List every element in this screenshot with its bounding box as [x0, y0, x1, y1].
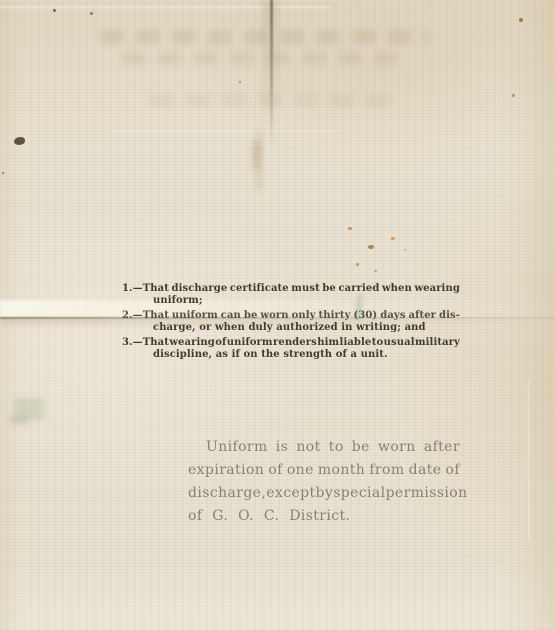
fold-crease-vertical: [270, 0, 273, 150]
stamp-notice: Uniformisnottobewornafter expirationofon…: [188, 436, 460, 528]
bleedthrough-ghost-text: [100, 30, 430, 44]
regulation-line-3: 3.—Thatwearingofuniformrendershimliablet…: [122, 337, 460, 349]
stain-spot: [2, 172, 4, 174]
stain-spot: [53, 9, 56, 12]
stain-spot: [239, 81, 241, 83]
rust-stain: [368, 245, 374, 249]
regulation-line-1: 1.—Thatdischargecertificatemustbecarried…: [122, 283, 460, 295]
rust-stain: [356, 263, 359, 266]
rust-stain: [348, 227, 352, 230]
regulation-line-2-cont: charge, or when duly authorized in writi…: [122, 322, 460, 334]
stain-spot: [90, 12, 93, 15]
stain-spot: [512, 94, 515, 97]
stamp-line-4: of G. O. C. District.: [188, 505, 460, 528]
brown-smudge: [252, 142, 260, 168]
fabric-thread-line: [528, 380, 529, 540]
regulation-line-3-cont: discipline, as if on the strength of a u…: [122, 349, 460, 361]
regulation-line-1-cont: uniform;: [122, 295, 460, 307]
bleedthrough-ghost-text: [150, 94, 390, 106]
stamp-line-1: Uniformisnottobewornafter: [188, 436, 460, 459]
fabric-thread-line: [110, 131, 340, 132]
bleedthrough-ghost-text: [122, 52, 408, 65]
document-scan: 1.—Thatdischargecertificatemustbecarried…: [0, 0, 555, 630]
uniform-regulations-list: 1.—Thatdischargecertificatemustbecarried…: [122, 283, 460, 361]
stamp-line-3: discharge,exceptbyspecialpermission: [188, 482, 460, 505]
stain-spot: [14, 137, 25, 145]
regulation-line-2: 2.—Thatuniformcanbewornonlythirty(30)day…: [122, 310, 460, 322]
fold-crease-top-highlight: [0, 6, 330, 8]
rust-stain: [404, 249, 406, 251]
rust-stain: [374, 270, 377, 272]
rust-stain: [391, 237, 395, 240]
stain-spot: [519, 18, 523, 22]
green-pencil-smudge: [8, 416, 28, 425]
stamp-line-2: expirationofonemonthfromdateof: [188, 459, 460, 482]
